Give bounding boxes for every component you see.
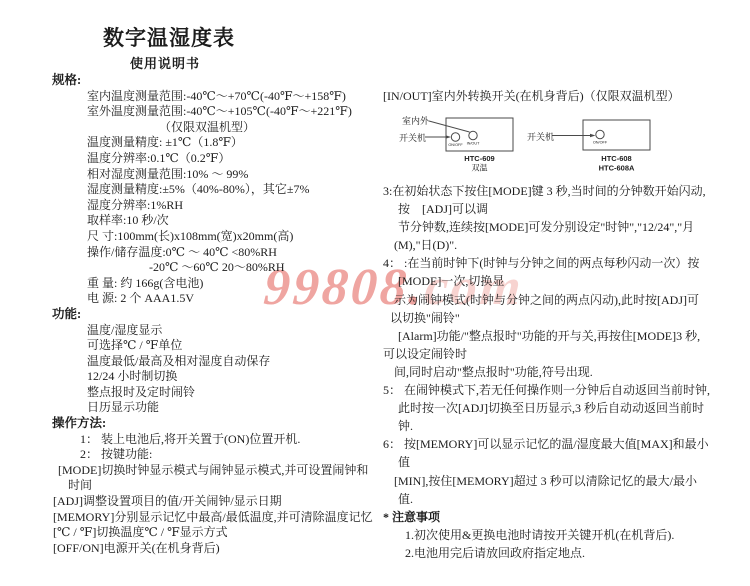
right-column-text: 3:在初始状态下按住[MODE]键 3 秒,当时间的分钟数开始闪动, 按 [AD… [383, 182, 748, 562]
doc-line: 可选择℃ / ℉单位 [52, 338, 382, 354]
left-column: 规格: 室内温度测量范围:-40℃～+70℃(-40℉～+158℉) 室外温度测… [52, 73, 382, 556]
doc-line: 操作方法: [52, 416, 382, 432]
doc-line: * 注意事项 [383, 508, 748, 526]
doc-line: 温度最低/最高及相对湿度自动保存 [52, 354, 382, 370]
doc-line: 相对湿度测量范围:10% ～ 99% [52, 167, 382, 183]
doc-line: 整点报时及定时闹铃 [52, 385, 382, 401]
right-column: [IN/OUT]室内外转换开关(在机身背后)（仅限双温机型） ON/OFF IN… [383, 88, 748, 562]
doc-line: 时间 [52, 478, 382, 494]
doc-line: 1.初次使用&更换电池时请按开关键开机(在机背后). [383, 526, 748, 544]
doc-line: [Alarm]功能/"整点报时"功能的开与关,再按住[MODE]3 秒, [383, 327, 748, 345]
doc-line: 温度分辨率:0.1℃（0.2℉） [52, 151, 382, 167]
doc-line: 可以设定闹铃时 [383, 345, 748, 363]
doc-line: 值. [383, 490, 748, 508]
doc-line: (M),"日(D)". [383, 236, 748, 254]
doc-line: 2： 按键功能: [52, 447, 382, 463]
doc-line: 温度/湿度显示 [52, 323, 382, 339]
doc-line: 操作/储存温度:0℃ ～ 40℃ <80%RH [52, 245, 382, 261]
doc-line: 电 源: 2 个 AAA1.5V [52, 291, 382, 307]
model-label-htc609: HTC-609 [464, 154, 494, 163]
onoff-button-icon [451, 133, 459, 141]
doc-line: 湿度分辨率:1%RH [52, 198, 382, 214]
power-switch-label-left: 开关机 [399, 132, 426, 143]
doc-line: 尺 寸:100mm(长)x108mm(宽)x20mm(高) [52, 229, 382, 245]
doc-line: 示为闹钟模式(时钟与分钟之间的两点闪动),此时按[ADJ]可 [383, 291, 748, 309]
doc-line: 节分钟数,连续按[MODE]可发分别设定"时钟","12/24","月 [383, 218, 748, 236]
doc-line: [MIN],按住[MEMORY]超过 3 秒可以清除记忆的最大/最小 [383, 472, 748, 490]
doc-line: [MODE]切换时钟显示模式与闹钟显示模式,并可设置闹钟和 [52, 463, 382, 479]
doc-line: 4： :在当前时钟下(时钟与分钟之间的两点每秒闪动一次）按 [383, 254, 748, 272]
power-arrowhead-left [446, 135, 452, 138]
page-title: 数字温湿度表 [103, 22, 235, 52]
model-label-htc608a: HTC-608A [599, 164, 635, 173]
doc-line: 室外温度测量范围:-40℃～+105℃(-40℉～+221℉) [52, 104, 382, 120]
doc-line: [ADJ]调整设置项目的值/开关闹钟/显示日期 [52, 494, 382, 510]
model-label-htc608: HTC-608 [601, 154, 631, 163]
doc-line: 1： 装上电池后,将开关置于(ON)位置开机. [52, 432, 382, 448]
doc-line: 重 量: 约 166g(含电池) [52, 276, 382, 292]
doc-line: 2.电池用完后请放回政府指定地点. [383, 544, 748, 562]
doc-line: 功能: [52, 307, 382, 323]
indoor-outdoor-label: 室内外 [402, 115, 430, 126]
inout-switch-line: [IN/OUT]室内外转换开关(在机身背后)（仅限双温机型） [383, 88, 748, 104]
doc-line: 3:在初始状态下按住[MODE]键 3 秒,当时间的分钟数开始闪动, [383, 182, 748, 200]
doc-line: 日历显示功能 [52, 400, 382, 416]
inout-button-label: IN/OUT [467, 142, 481, 146]
device-switch-diagram: ON/OFF IN/OUT 室内外 开关机 HTC-609 双温 ON/OFF … [383, 106, 748, 182]
inout-button-icon [469, 131, 477, 139]
power-arrowhead-right [590, 134, 596, 137]
variant-label-dual-temp: 双温 [472, 164, 488, 173]
doc-line: [MODE]一次,切换显 [383, 272, 748, 290]
onoff-button-label: ON/OFF [448, 143, 463, 147]
indoor-outdoor-pointer-line [429, 121, 470, 132]
doc-line: 钟. [383, 417, 748, 435]
doc-line: 间,同时启动"整点报时"功能,符号出现. [383, 363, 748, 381]
doc-line: 温度测量精度: ±1℃（1.8℉） [52, 135, 382, 151]
doc-line: 值 [383, 453, 748, 471]
doc-line: 取样率:10 秒/次 [52, 213, 382, 229]
doc-line: 6： 按[MEMORY]可以显示记忆的温/湿度最大值[MAX]和最小 [383, 435, 748, 453]
doc-line: 湿度测量精度:±5%（40%-80%），其它±7% [52, 182, 382, 198]
doc-line: 按 [ADJ]可以调 [383, 200, 748, 218]
doc-line: -20℃ ～60℃ 20～80%RH [52, 260, 382, 276]
doc-line: 12/24 小时制切换 [52, 369, 382, 385]
page-subtitle: 使用说明书 [130, 53, 200, 72]
doc-line: 规格: [52, 73, 382, 89]
doc-line: 室内温度测量范围:-40℃～+70℃(-40℉～+158℉) [52, 89, 382, 105]
doc-line: [MEMORY]分别显示记忆中最高/最低温度,并可清除温度记忆 [52, 510, 382, 526]
doc-line: 以切换"闹铃" [383, 309, 748, 327]
power-switch-label-right: 开关机 [527, 131, 554, 142]
doc-line: [OFF/ON]电源开关(在机身背后) [52, 541, 382, 557]
manual-page: 99808.com 数字温湿度表 使用说明书 规格: 室内温度测量范围:-40℃… [0, 0, 750, 586]
onoff-button-label-2: ON/OFF [593, 141, 608, 145]
doc-line: 此时按一次[ADJ]切换至日历显示,3 秒后自动动返回当前时 [383, 399, 748, 417]
doc-line: （仅限双温机型） [52, 120, 382, 136]
onoff-button-icon-2 [596, 130, 604, 138]
doc-line: 5： 在闹钟模式下,若无任何操作则一分钟后自动返回当前时钟, [383, 381, 748, 399]
doc-line: [℃ / ℉]切换温度℃ / ℉显示方式 [52, 525, 382, 541]
